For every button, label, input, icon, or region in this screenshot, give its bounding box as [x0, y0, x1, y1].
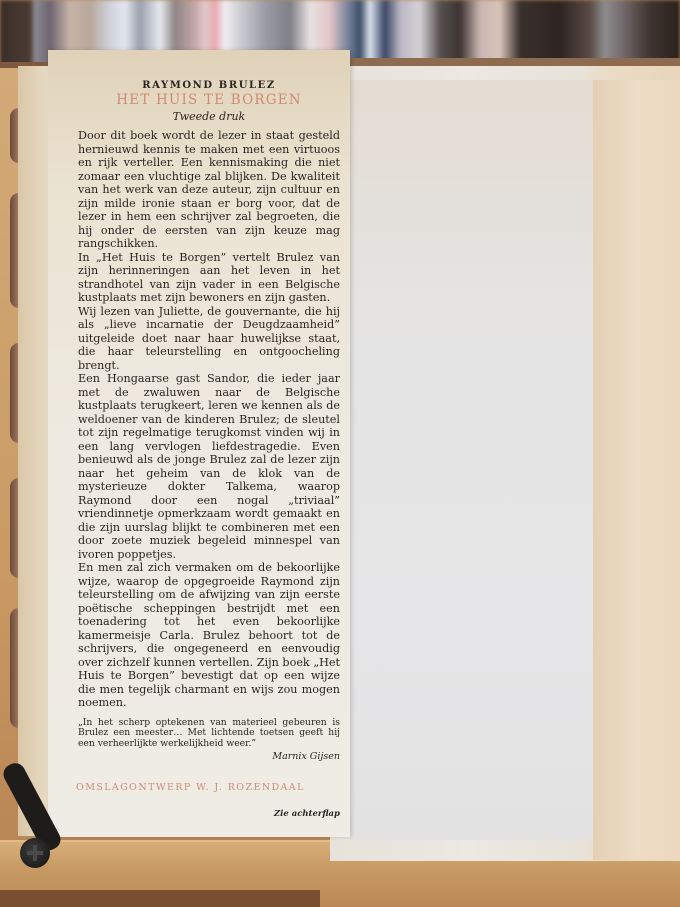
- see-back-flap-note: Zie achterflap: [78, 809, 340, 819]
- blurb-paragraph: Wij lezen van Juliette, de gouvernante, …: [78, 305, 340, 373]
- right-flap: [593, 80, 680, 860]
- blurb-paragraph: In „Het Huis te Borgen” vertelt Brulez v…: [78, 251, 340, 305]
- inner-page: [350, 80, 595, 840]
- stand-base: [0, 890, 320, 907]
- blurb-paragraph: En men zal zich vermaken om de bekoorlij…: [78, 561, 340, 710]
- screw-icon: [20, 838, 50, 868]
- blurb: Door dit boek wordt de lezer in staat ge…: [78, 129, 340, 710]
- review-quote: „In het scherp optekenen van materieel g…: [78, 718, 340, 750]
- author-name: RAYMOND BRULEZ: [78, 80, 340, 91]
- quote-author: Marnix Gijsen: [78, 751, 340, 762]
- book-title: HET HUIS TE BORGEN: [78, 92, 340, 108]
- flap-text: RAYMOND BRULEZ HET HUIS TE BORGEN Tweede…: [78, 80, 340, 819]
- blurb-paragraph: Door dit boek wordt de lezer in staat ge…: [78, 129, 340, 251]
- blurb-paragraph: Een Hongaarse gast Sandor, die ieder jaa…: [78, 372, 340, 561]
- cover-designer-credit: OMSLAGONTWERP W. J. ROZENDAAL: [76, 782, 340, 793]
- edition-label: Tweede druk: [78, 110, 340, 123]
